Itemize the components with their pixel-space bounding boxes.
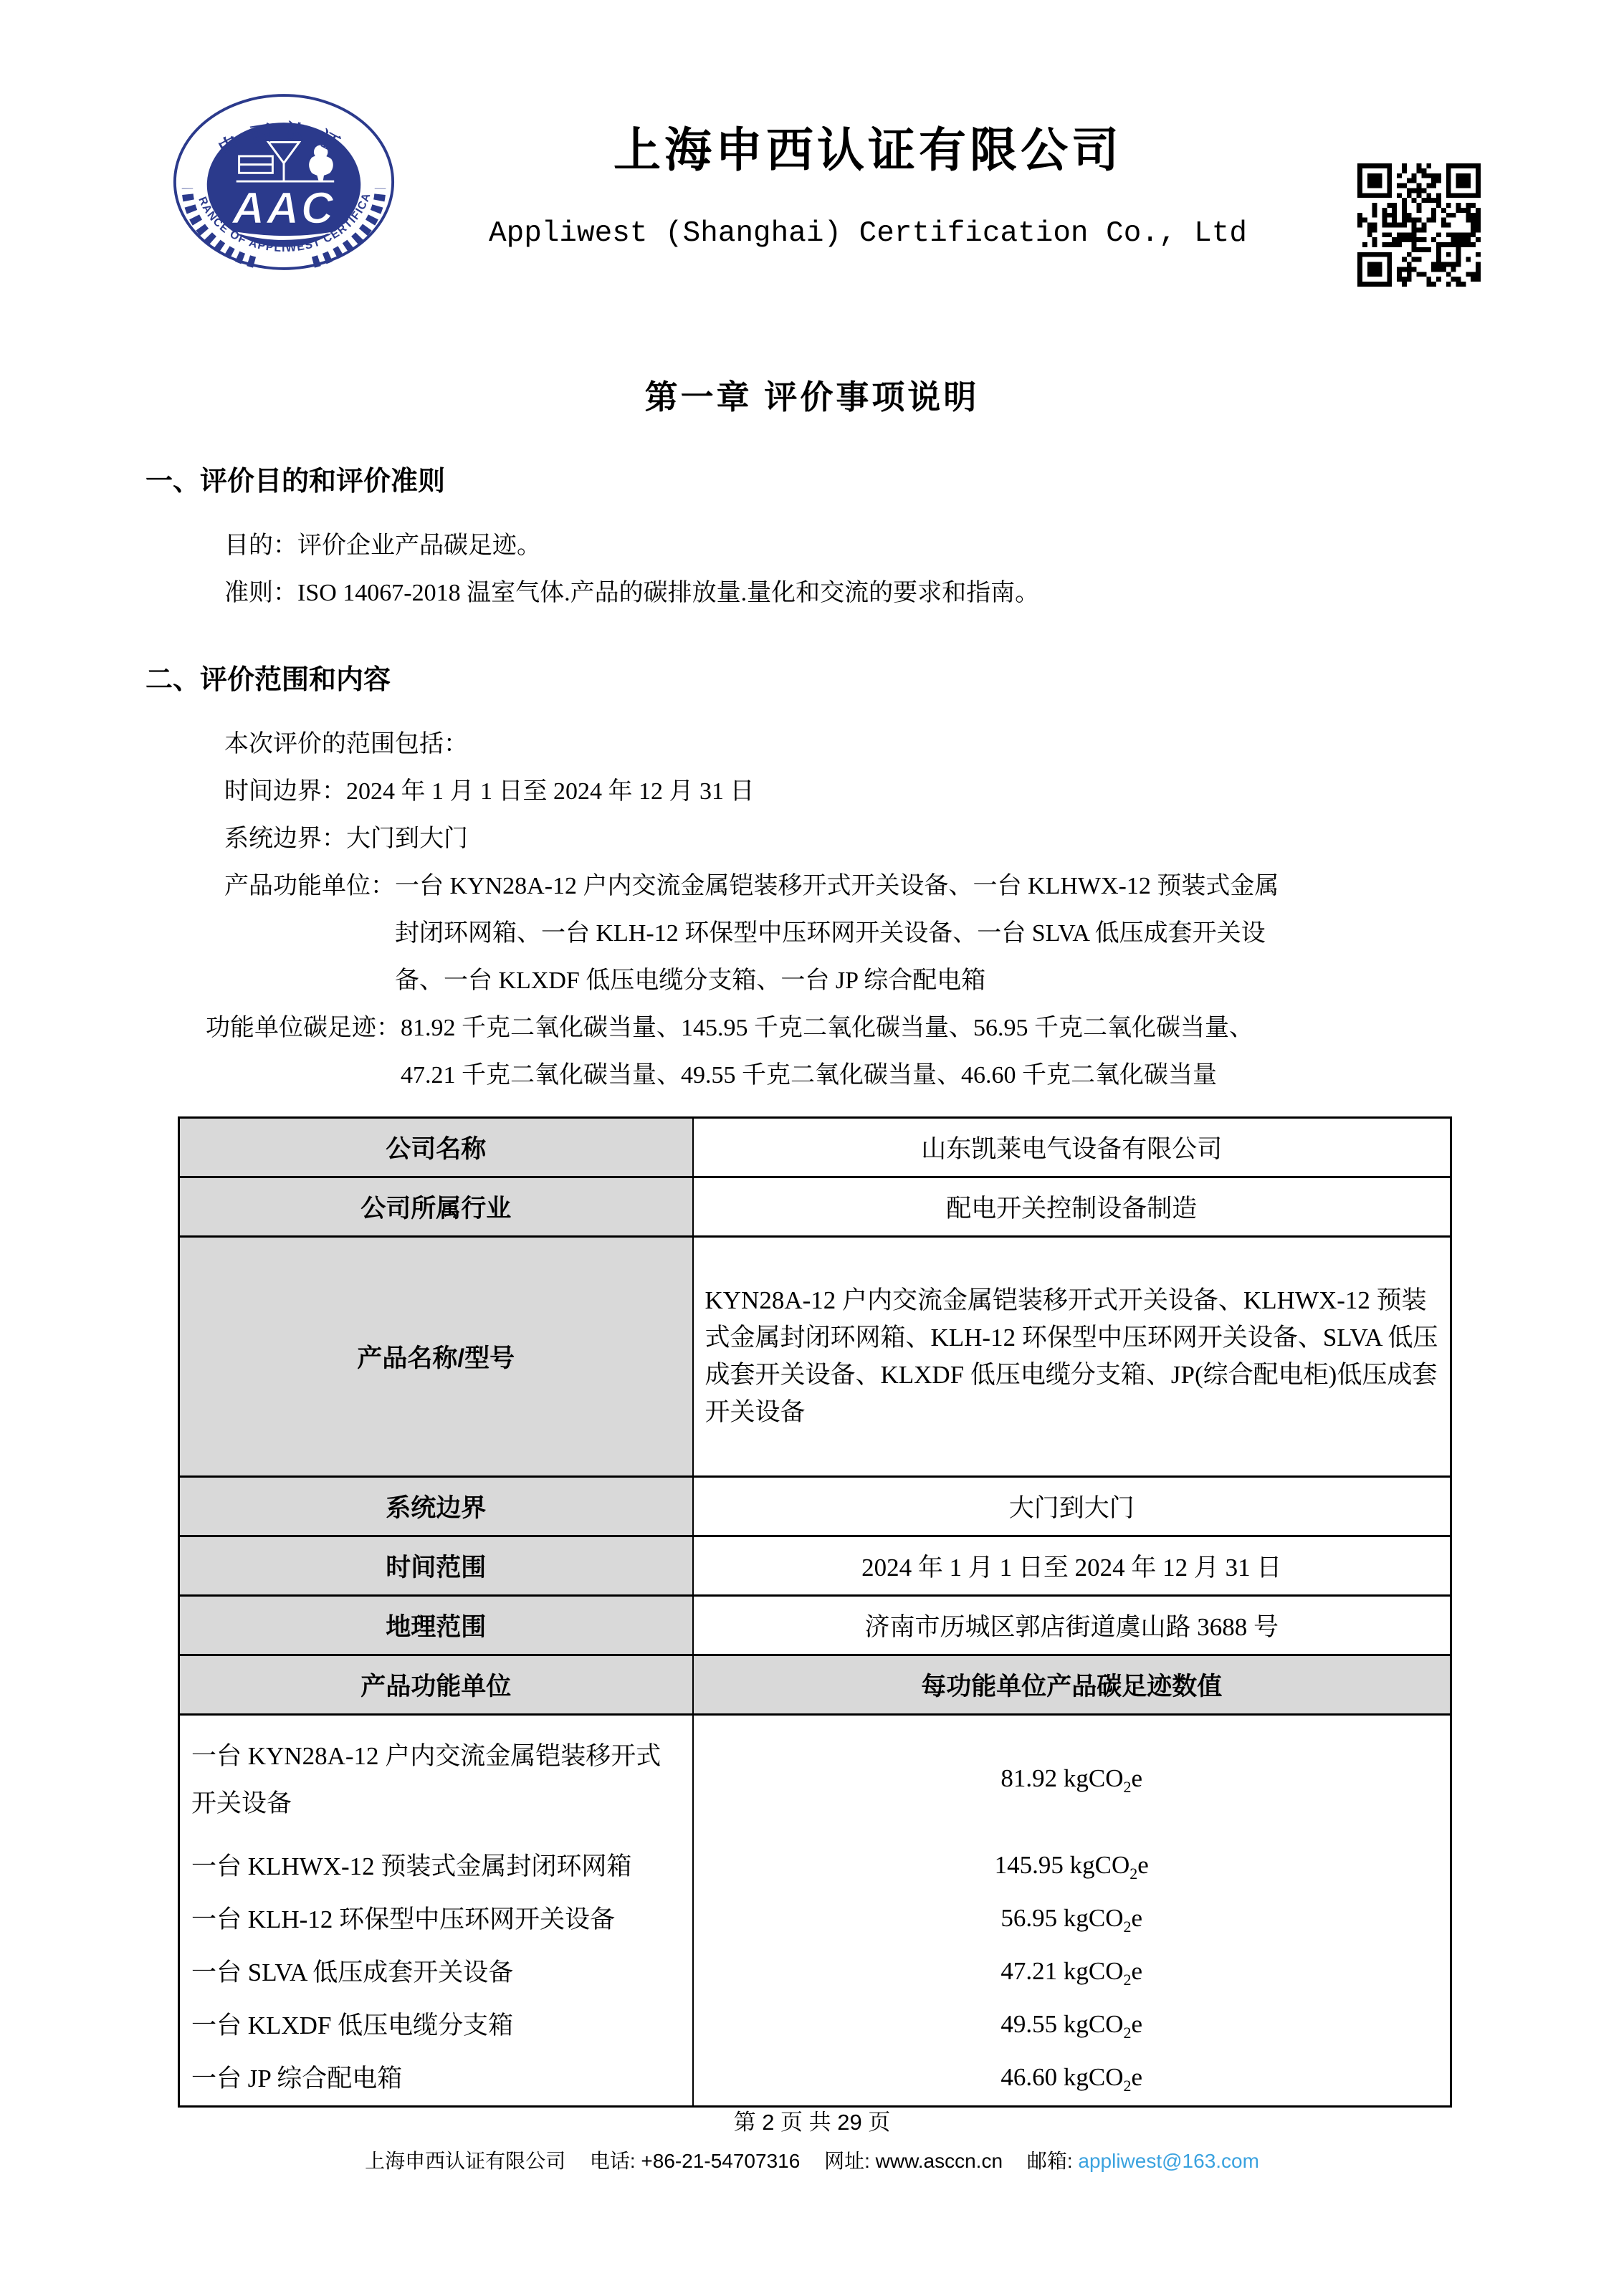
table-value-cell: 配电开关控制设备制造: [693, 1177, 1451, 1237]
website-label: 网址:: [824, 2150, 876, 2172]
product-row: 一台 SLVA 低压成套开关设备 47.21 kgCO2e: [179, 1946, 1451, 1999]
product-name-cell: 一台 KLH-12 环保型中压环网开关设备: [179, 1893, 693, 1946]
scope-item-label: 系统边界：: [224, 815, 346, 863]
table-row: 产品名称/型号 KYN28A-12 户内交流金属铠装移开式开关设备、KLHWX-…: [179, 1237, 1451, 1477]
scope-item: 功能单位碳足迹：81.92 千克二氧化碳当量、145.95 千克二氧化碳当量、5…: [206, 1005, 1624, 1099]
qr-code: [1357, 163, 1481, 290]
criteria-line: 准则：ISO 14067-2018 温室气体.产品的碳排放量.量化和交流的要求和…: [224, 570, 1624, 617]
logo-acronym-text: AAC: [231, 184, 335, 234]
footer-company: 上海申西认证有限公司: [365, 2150, 565, 2172]
table-row: 系统边界 大门到大门: [179, 1477, 1451, 1536]
table-row: 公司所属行业 配电开关控制设备制造: [179, 1177, 1451, 1237]
product-row: 一台 KLHWX-12 预装式金属封闭环网箱 145.95 kgCO2e: [179, 1840, 1451, 1893]
scope-item-text: 一台 KYN28A-12 户内交流金属铠装移开式开关设备、一台 KLHWX-12…: [395, 863, 1298, 1005]
table-value-cell: KYN28A-12 户内交流金属铠装移开式开关设备、KLHWX-12 预装式金属…: [693, 1237, 1451, 1477]
table-value-cell: 每功能单位产品碳足迹数值: [693, 1655, 1451, 1715]
purpose-line: 目的：评价企业产品碳足迹。: [224, 522, 1624, 570]
header-titles: 上海申西认证有限公司 Appliwest (Shanghai) Certific…: [396, 92, 1340, 250]
table-label-cell: 公司所属行业: [179, 1177, 693, 1237]
company-name-cn: 上海申西认证有限公司: [396, 112, 1340, 180]
table-label-cell: 时间范围: [179, 1536, 693, 1596]
table-row: 地理范围 济南市历城区郭店街道虞山路 3688 号: [179, 1596, 1451, 1655]
email-label: 邮箱:: [1027, 2150, 1079, 2172]
product-name-cell: 一台 JP 综合配电箱: [179, 2052, 693, 2107]
product-row: 一台 KLXDF 低压电缆分支箱 49.55 kgCO2e: [179, 1999, 1451, 2052]
email-link[interactable]: appliwest@163.com: [1078, 2150, 1259, 2172]
table-value-cell: 2024 年 1 月 1 日至 2024 年 12 月 31 日: [693, 1536, 1451, 1596]
product-footprint-cell: 56.95 kgCO2e: [693, 1893, 1451, 1946]
certification-emblem-icon: AAC 申西认证 ASSURANCE OF APPLIWEST CERTIFIC…: [172, 92, 396, 272]
product-row: 一台 KYN28A-12 户内交流金属铠装移开式开关设备 81.92 kgCO2…: [179, 1715, 1451, 1841]
product-row: 一台 KLH-12 环保型中压环网开关设备 56.95 kgCO2e: [179, 1893, 1451, 1946]
product-row: 一台 JP 综合配电箱 46.60 kgCO2e: [179, 2052, 1451, 2107]
company-name-en: Appliwest (Shanghai) Certification Co., …: [396, 217, 1340, 250]
table-label-cell: 公司名称: [179, 1118, 693, 1177]
chapter-title: 第一章 评价事项说明: [0, 371, 1624, 418]
evaluation-info-table: 公司名称 山东凯莱电气设备有限公司 公司所属行业 配电开关控制设备制造 产品名称…: [178, 1116, 1452, 2108]
product-footprint-cell: 47.21 kgCO2e: [693, 1946, 1451, 1999]
scope-item-label: 时间边界：: [224, 768, 346, 815]
scope-item-label: 产品功能单位：: [224, 863, 395, 910]
product-footprint-cell: 145.95 kgCO2e: [693, 1840, 1451, 1893]
footer-contact: 上海申西认证有限公司 电话: +86-21-54707316 网址: www.a…: [0, 2146, 1624, 2174]
scope-item-text: 81.92 千克二氧化碳当量、145.95 千克二氧化碳当量、56.95 千克二…: [401, 1005, 1304, 1099]
scope-item-list: 时间边界：2024 年 1 月 1 日至 2024 年 12 月 31 日 系统…: [0, 768, 1624, 1099]
scope-item-text: 大门到大门: [346, 815, 468, 863]
section1-heading: 一、评价目的和评价准则: [145, 459, 1624, 498]
table-label-cell: 产品名称/型号: [179, 1237, 693, 1477]
table-label-cell: 产品功能单位: [179, 1655, 693, 1715]
document-page: AAC 申西认证 ASSURANCE OF APPLIWEST CERTIFIC…: [0, 0, 1624, 2296]
product-name-cell: 一台 KLXDF 低压电缆分支箱: [179, 1999, 693, 2052]
scope-item-text: 2024 年 1 月 1 日至 2024 年 12 月 31 日: [346, 768, 755, 815]
scope-item: 时间边界：2024 年 1 月 1 日至 2024 年 12 月 31 日: [224, 768, 1624, 815]
table-row: 时间范围 2024 年 1 月 1 日至 2024 年 12 月 31 日: [179, 1536, 1451, 1596]
product-name-cell: 一台 KYN28A-12 户内交流金属铠装移开式开关设备: [179, 1715, 693, 1841]
phone-number: +86-21-54707316: [641, 2150, 800, 2172]
product-footprint-cell: 81.92 kgCO2e: [693, 1715, 1451, 1841]
product-name-cell: 一台 SLVA 低压成套开关设备: [179, 1946, 693, 1999]
table-label-cell: 地理范围: [179, 1596, 693, 1655]
table-row: 公司名称 山东凯莱电气设备有限公司: [179, 1118, 1451, 1177]
page-header: AAC 申西认证 ASSURANCE OF APPLIWEST CERTIFIC…: [0, 0, 1624, 285]
product-name-cell: 一台 KLHWX-12 预装式金属封闭环网箱: [179, 1840, 693, 1893]
table-value-cell: 济南市历城区郭店街道虞山路 3688 号: [693, 1596, 1451, 1655]
product-footprint-cell: 46.60 kgCO2e: [693, 2052, 1451, 2107]
table-label-cell: 系统边界: [179, 1477, 693, 1536]
scope-item: 系统边界：大门到大门: [224, 815, 1624, 863]
page-number: 第 2 页 共 29 页: [0, 2104, 1624, 2136]
product-footprint-cell: 49.55 kgCO2e: [693, 1999, 1451, 2052]
website-url: www.asccn.cn: [876, 2150, 1003, 2172]
scope-intro: 本次评价的范围包括：: [224, 721, 1624, 768]
company-logo: AAC 申西认证 ASSURANCE OF APPLIWEST CERTIFIC…: [172, 92, 396, 276]
scope-item: 产品功能单位：一台 KYN28A-12 户内交流金属铠装移开式开关设备、一台 K…: [224, 863, 1624, 1005]
phone-label: 电话:: [590, 2150, 641, 2172]
table-value-cell: 山东凯莱电气设备有限公司: [693, 1118, 1451, 1177]
table-row: 产品功能单位 每功能单位产品碳足迹数值: [179, 1655, 1451, 1715]
section2-heading: 二、评价范围和内容: [145, 657, 1624, 697]
scope-item-label: 功能单位碳足迹：: [206, 1005, 401, 1052]
qr-code-icon: [1357, 163, 1481, 287]
table-value-cell: 大门到大门: [693, 1477, 1451, 1536]
